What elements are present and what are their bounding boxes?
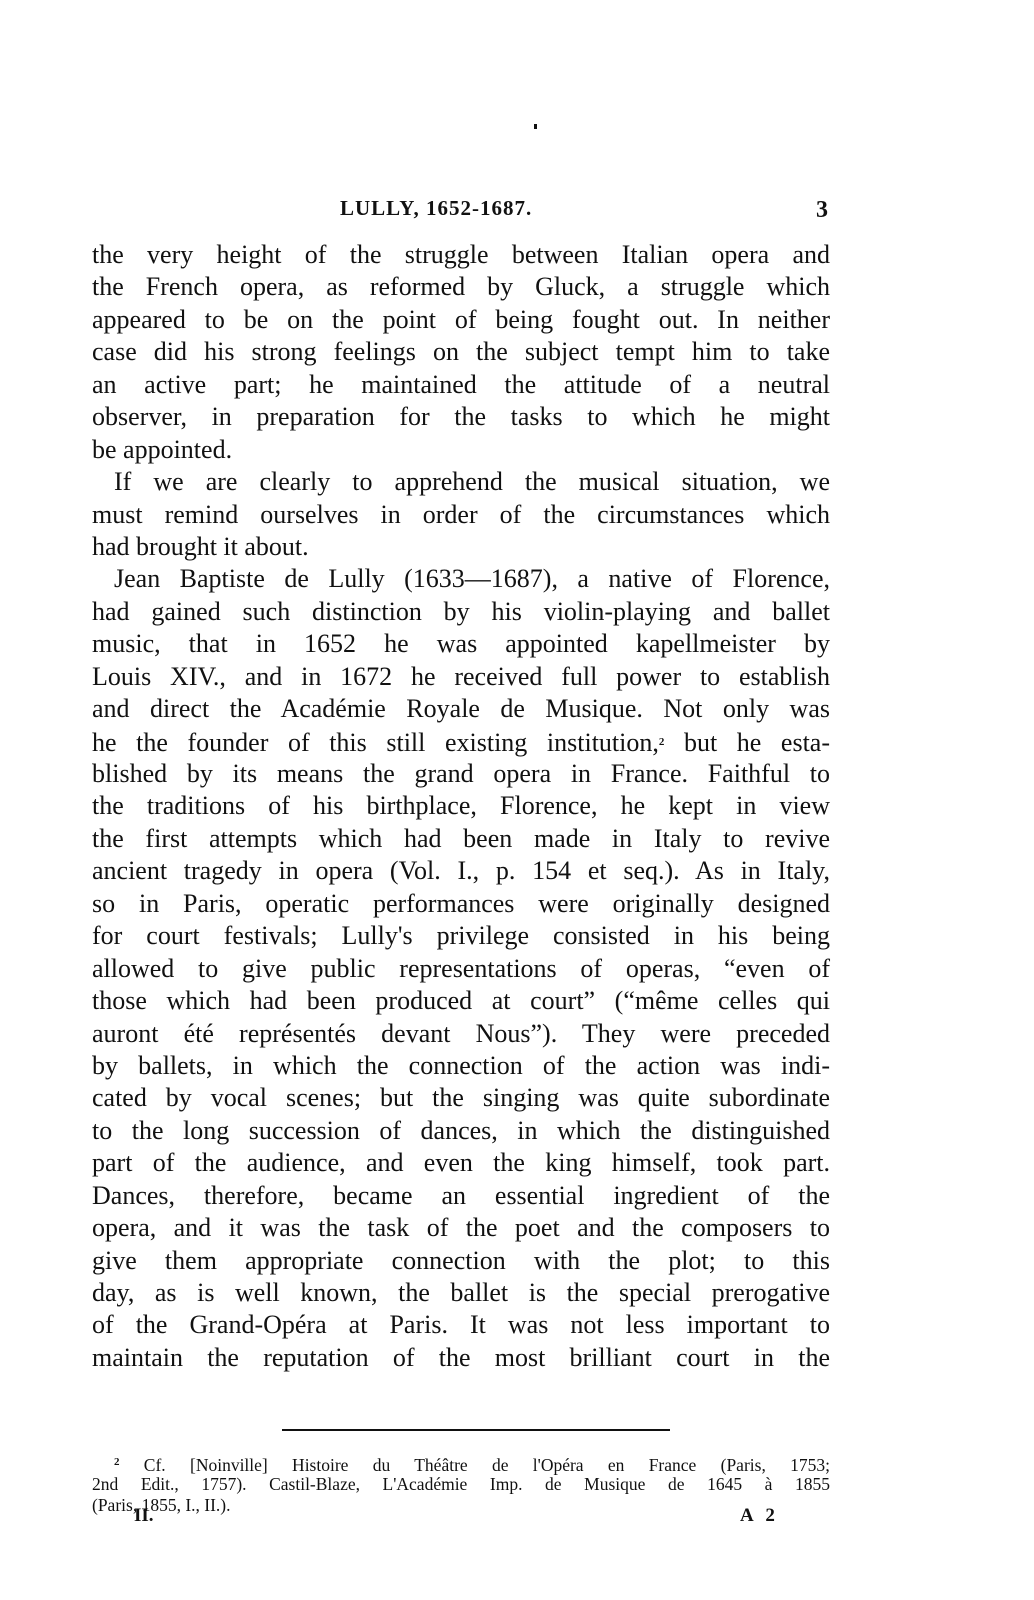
text-line: give them appropriate connection with th…	[92, 1245, 830, 1277]
print-speck	[534, 124, 537, 129]
page-number: 3	[816, 197, 828, 224]
text-line: observer, in preparation for the tasks t…	[92, 401, 830, 433]
text-line: for court festivals; Lully's privilege c…	[92, 920, 830, 952]
body-text: the very height of the struggle between …	[92, 239, 830, 1374]
text-line: Dances, therefore, became an essential i…	[92, 1180, 830, 1212]
running-head-title: LULLY, 1652-1687.	[340, 196, 532, 221]
text-line: so in Paris, operatic performances were …	[92, 888, 830, 920]
footnotes: 2 Cf. [Noinville] Histoire du Théâtre de…	[92, 1452, 830, 1517]
text-line: ancient tragedy in opera (Vol. I., p. 15…	[92, 855, 830, 887]
text-line: blished by its means the grand opera in …	[92, 758, 830, 790]
text-line: to the long succession of dances, in whi…	[92, 1115, 830, 1147]
text-line: cated by vocal scenes; but the singing w…	[92, 1082, 830, 1114]
text-line: had brought it about.	[92, 531, 830, 563]
text-line: appeared to be on the point of being fou…	[92, 304, 830, 336]
text-line: had gained such distinction by his violi…	[92, 596, 830, 628]
volume-signature: II.	[134, 1505, 154, 1527]
text-line: case did his strong feelings on the subj…	[92, 336, 830, 368]
text-line: Louis XIV., and in 1672 he received full…	[92, 661, 830, 693]
text-line: an active part; he maintained the attitu…	[92, 369, 830, 401]
text-line: the first attempts which had been made i…	[92, 823, 830, 855]
text-line: of the Grand-Opéra at Paris. It was not …	[92, 1309, 830, 1341]
text-line: maintain the reputation of the most bril…	[92, 1342, 830, 1374]
text-line-with-footnote-ref: he the founder of this still existing in…	[92, 726, 830, 758]
text-line: day, as is well known, the ballet is the…	[92, 1277, 830, 1309]
text-line: and direct the Académie Royale de Musiqu…	[92, 693, 830, 725]
paragraph-start-line: If we are clearly to apprehend the music…	[92, 466, 830, 498]
text-line: auront été représentés devant Nous”). Th…	[92, 1018, 830, 1050]
text-line: opera, and it was the task of the poet a…	[92, 1212, 830, 1244]
text-line: be appointed.	[92, 434, 830, 466]
text-fragment: he the founder of this still existing in…	[92, 728, 659, 757]
gathering-signature: A 2	[740, 1505, 779, 1527]
footnote-divider	[282, 1429, 670, 1431]
text-line: allowed to give public representations o…	[92, 953, 830, 985]
footnote-line: (Paris, 1855, I., II.).	[92, 1495, 830, 1517]
text-line: the very height of the struggle between …	[92, 239, 830, 271]
footnote-text: Cf. [Noinville] Histoire du Théâtre de l…	[120, 1455, 831, 1475]
text-line: those which had been produced at court” …	[92, 985, 830, 1017]
text-line: by ballets, in which the connection of t…	[92, 1050, 830, 1082]
footnote-line: 2nd Edit., 1757). Castil-Blaze, L'Académ…	[92, 1474, 830, 1496]
footnote-line: 2 Cf. [Noinville] Histoire du Théâtre de…	[92, 1452, 830, 1474]
text-line: the traditions of his birthplace, Floren…	[92, 790, 830, 822]
text-fragment: but he esta-	[664, 728, 830, 757]
text-line: music, that in 1652 he was appointed kap…	[92, 628, 830, 660]
text-line: must remind ourselves in order of the ci…	[92, 499, 830, 531]
paragraph-start-line: Jean Baptiste de Lully (1633—1687), a na…	[92, 563, 830, 595]
text-line: the French opera, as reformed by Gluck, …	[92, 271, 830, 303]
text-line: part of the audience, and even the king …	[92, 1147, 830, 1179]
book-page: LULLY, 1652-1687. 3 the very height of t…	[0, 0, 1034, 1600]
